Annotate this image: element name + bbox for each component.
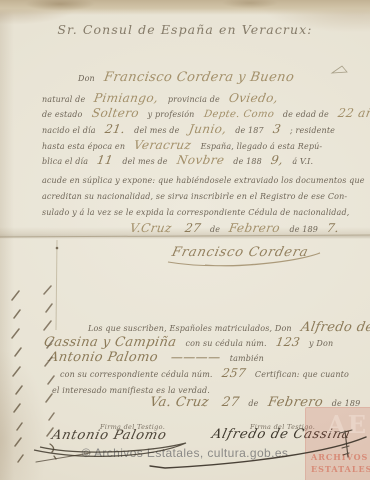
date-month: Febrero bbox=[228, 221, 281, 235]
stamp-text-line2: ESTATALES bbox=[311, 464, 370, 474]
petitioner-signature: Francisco Cordera bbox=[172, 241, 308, 260]
archive-stamp: AE ARCHIVOS ESTATALES bbox=[305, 407, 370, 480]
document-salutation: Sr. Consul de España en Veracrux: bbox=[0, 22, 370, 37]
printed-text: sulado y á la vez se le expida la corres… bbox=[42, 208, 349, 217]
printed-text: de bbox=[210, 225, 220, 234]
petition-date-line: V.Cruz 27 de Febrero de 189 7. bbox=[126, 217, 343, 236]
paper-top-edge bbox=[0, 0, 370, 15]
date-place: V.Cruz bbox=[129, 221, 173, 235]
witness2-cedula-number: 257 bbox=[221, 366, 247, 380]
printed-text: y Don bbox=[309, 339, 333, 348]
arrival-year-digit: 9, bbox=[270, 153, 284, 167]
printed-text: del mes de bbox=[122, 157, 167, 166]
printed-text: de 188 bbox=[233, 157, 262, 166]
petition-line-1: Don Francisco Cordera y Bueno bbox=[78, 66, 298, 85]
witness-signature-left: Antonio Palomo bbox=[52, 424, 167, 443]
printed-text: blica el día bbox=[42, 157, 88, 166]
printed-text: á V.I. bbox=[292, 157, 313, 166]
printed-text: de 189 bbox=[289, 225, 318, 234]
vertical-crease-line bbox=[56, 240, 57, 330]
petitioner-name: Francisco Cordera y Bueno bbox=[103, 70, 295, 85]
arrival-month-value: Novbre bbox=[176, 153, 226, 167]
pencil-triangle-mark bbox=[332, 66, 347, 73]
signature-text: Antonio Palomo bbox=[50, 428, 168, 443]
date-place: Va. Cruz bbox=[149, 395, 210, 410]
printed-text: de bbox=[248, 399, 258, 408]
copyright-watermark: © Archivos Estatales, cultura.gob.es bbox=[0, 446, 370, 460]
printed-text: Certifican: que cuanto bbox=[255, 370, 349, 379]
age-value: 22 años bbox=[337, 106, 370, 120]
date-day: 27 bbox=[221, 395, 241, 410]
signature-text: Francisco Cordera bbox=[170, 245, 310, 260]
date-year-digit: 7. bbox=[326, 221, 340, 235]
date-day: 27 bbox=[184, 221, 202, 235]
margin-annotation-column-left bbox=[12, 291, 23, 462]
printed-don: Don bbox=[78, 74, 95, 83]
ink-dot bbox=[56, 247, 59, 250]
arrival-day-value: 11 bbox=[96, 153, 114, 167]
petition-line-6: blica el día 11 del mes de Novbre de 188… bbox=[42, 149, 313, 168]
scanned-document-page: Sr. Consul de España en Veracrux: Don Fr… bbox=[0, 0, 370, 480]
witness1-cedula-number: 123 bbox=[275, 335, 301, 349]
stamp-monogram: AE bbox=[327, 410, 368, 439]
